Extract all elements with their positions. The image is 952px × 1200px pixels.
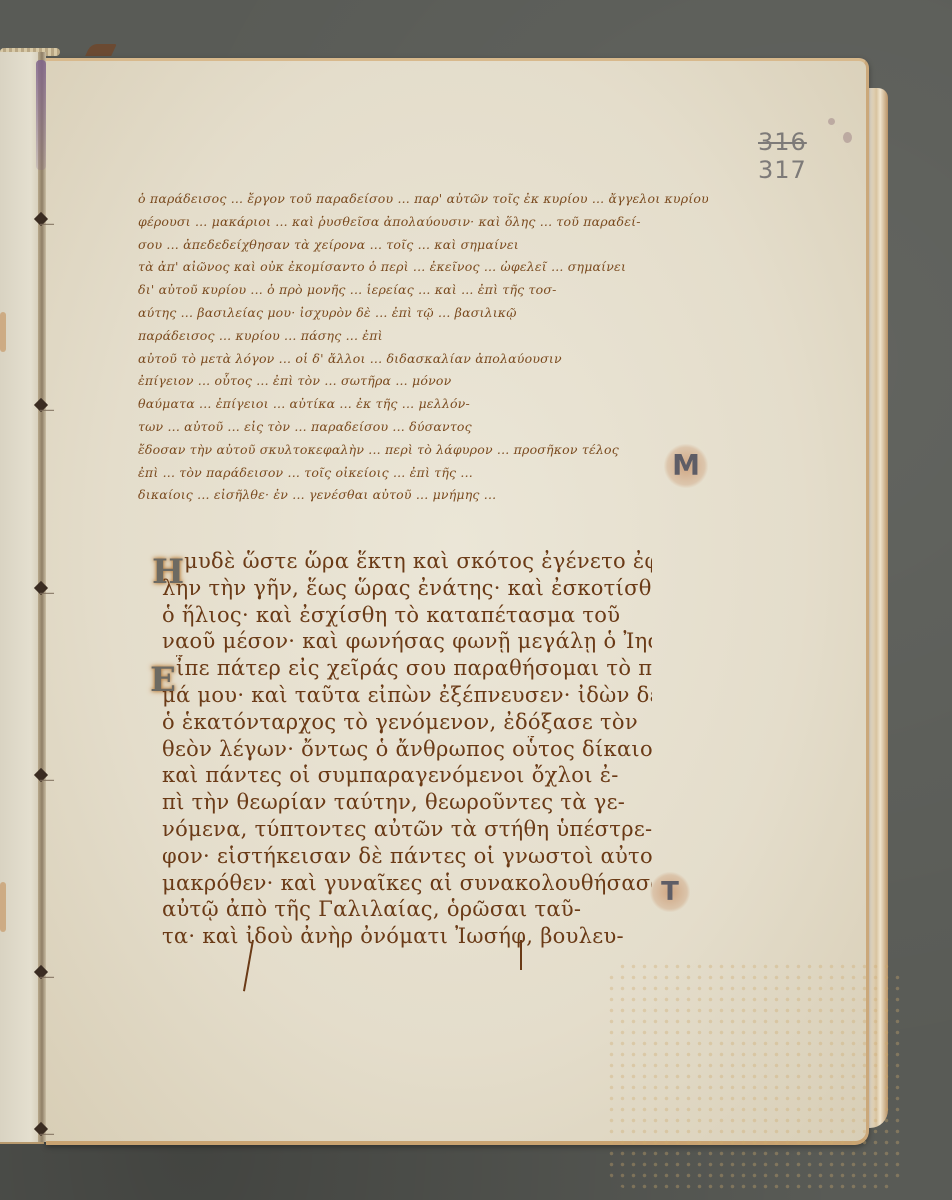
folio-number-current: 317 [758, 156, 807, 184]
scholia-line: σου ... ἀπεδεδείχθησαν τὰ χείρονα ... το… [138, 234, 708, 257]
scholia-line: ἐπίγειον ... οὗτος ... ἐπὶ τὸν ... σωτῆρ… [138, 370, 708, 393]
scholia-line: ἔδοσαν τὴν αὐτοῦ σκυλτοκεφαλὴν ... περὶ … [138, 439, 708, 462]
scholia-line: φέρουσι ... μακάριοι ... καὶ ῥυσθεῖσα ἀπ… [138, 211, 708, 234]
scholia-line: παράδεισος ... κυρίου ... πάσης ... ἐπὶ [138, 325, 708, 348]
letter-descender-stroke [520, 940, 522, 970]
scholia-commentary-block: ὁ παράδεισος ... ἔργον τοῦ παραδείσου ..… [138, 188, 708, 507]
stain-mark [828, 118, 835, 125]
scholia-line: τὰ ἀπ' αἰῶνος καὶ οὐκ ἐκομίσαντο ὁ περὶ … [138, 256, 708, 279]
text-line: τα· καὶ ἰδοὺ ἀνὴρ ὀνόματι Ἰωσήφ, βουλευ- [162, 923, 652, 950]
scholia-line: δι' αὐτοῦ κυρίου ... ὁ πρὸ μονῆς ... ἱερ… [138, 279, 708, 302]
text-line: μυδὲ ὥστε ὥρα ἕκτη καὶ σκότος ἐγένετο ἐφ… [162, 548, 652, 575]
text-line: ὁ ἑκατόνταρχος τὸ γενόμενον, ἐδόξασε τὸν [162, 709, 652, 736]
text-line: ἶπε πάτερ εἰς χεῖράς σου παραθήσομαι τὸ … [162, 655, 652, 682]
scholia-line: ἐπὶ ... τὸν παράδεισον ... τοῖς οἰκείοις… [138, 462, 708, 485]
binding-tab [85, 44, 117, 56]
marginal-section-letter: Τ [650, 872, 690, 912]
text-line: πὶ τὴν θεωρίαν ταύτην, θεωροῦντες τὰ γε- [162, 789, 652, 816]
text-line: ναοῦ μέσον· καὶ φωνήσας φωνῇ μεγάλῃ ὁ Ἰη… [162, 628, 652, 655]
scholia-line: αὐτοῦ τὸ μετὰ λόγον ... οἱ δ' ἄλλοι ... … [138, 348, 708, 371]
gutter-stain [36, 60, 46, 170]
marginal-section-letter: Μ [664, 444, 708, 488]
text-line: φον· εἱστήκεισαν δὲ πάντες οἱ γνωστοὶ αὐ… [162, 843, 652, 870]
folio-number-old: 316 [758, 128, 807, 156]
scholia-line: θαύματα ... ἐπίγειοι ... αὐτίκα ... ἐκ τ… [138, 393, 708, 416]
main-gospel-text-block: μυδὲ ὥστε ὥρα ἕκτη καὶ σκότος ἐγένετο ἐφ… [162, 548, 652, 950]
text-line: μακρόθεν· καὶ γυναῖκες αἱ συνακολουθήσασ… [162, 870, 652, 897]
stain-mark [0, 312, 6, 352]
text-line: μά μου· καὶ ταῦτα εἰπὼν ἐξέπνευσεν· ἰδὼν… [162, 682, 652, 709]
text-line: νόμενα, τύπτοντες αὐτῶν τὰ στήθη ὑπέστρε… [162, 816, 652, 843]
scholia-line: αύτης ... βασιλείας μου· ἰσχυρὸν δὲ ... … [138, 302, 708, 325]
text-line: καὶ πάντες οἱ συμπαραγενόμενοι ὄχλοι ἐ- [162, 762, 652, 789]
text-line: λην τὴν γῆν, ἕως ὥρας ἐνάτης· καὶ ἐσκοτί… [162, 575, 652, 602]
stain-mark [843, 132, 852, 143]
stain-mark [0, 882, 6, 932]
scholia-line: των ... αὐτοῦ ... εἰς τὸν ... παραδείσου… [138, 416, 708, 439]
scholia-line: ὁ παράδεισος ... ἔργον τοῦ παραδείσου ..… [138, 188, 708, 211]
text-line: ὁ ἥλιος· καὶ ἐσχίσθη τὸ καταπέτασμα τοῦ [162, 602, 652, 629]
text-line: αὐτῷ ἀπὸ τῆς Γαλιλαίας, ὁρῶσαι ταῦ- [162, 896, 652, 923]
folio-number: 316 317 [758, 128, 807, 184]
text-line: θεὸν λέγων· ὄντως ὁ ἄνθρωπος οὗτος δίκαι… [162, 736, 652, 763]
parchment-follicle-texture [606, 961, 906, 1191]
scholia-line: δικαίοις ... εἰσῆλθε· ἐν ... γενέσθαι αὐ… [138, 484, 708, 507]
